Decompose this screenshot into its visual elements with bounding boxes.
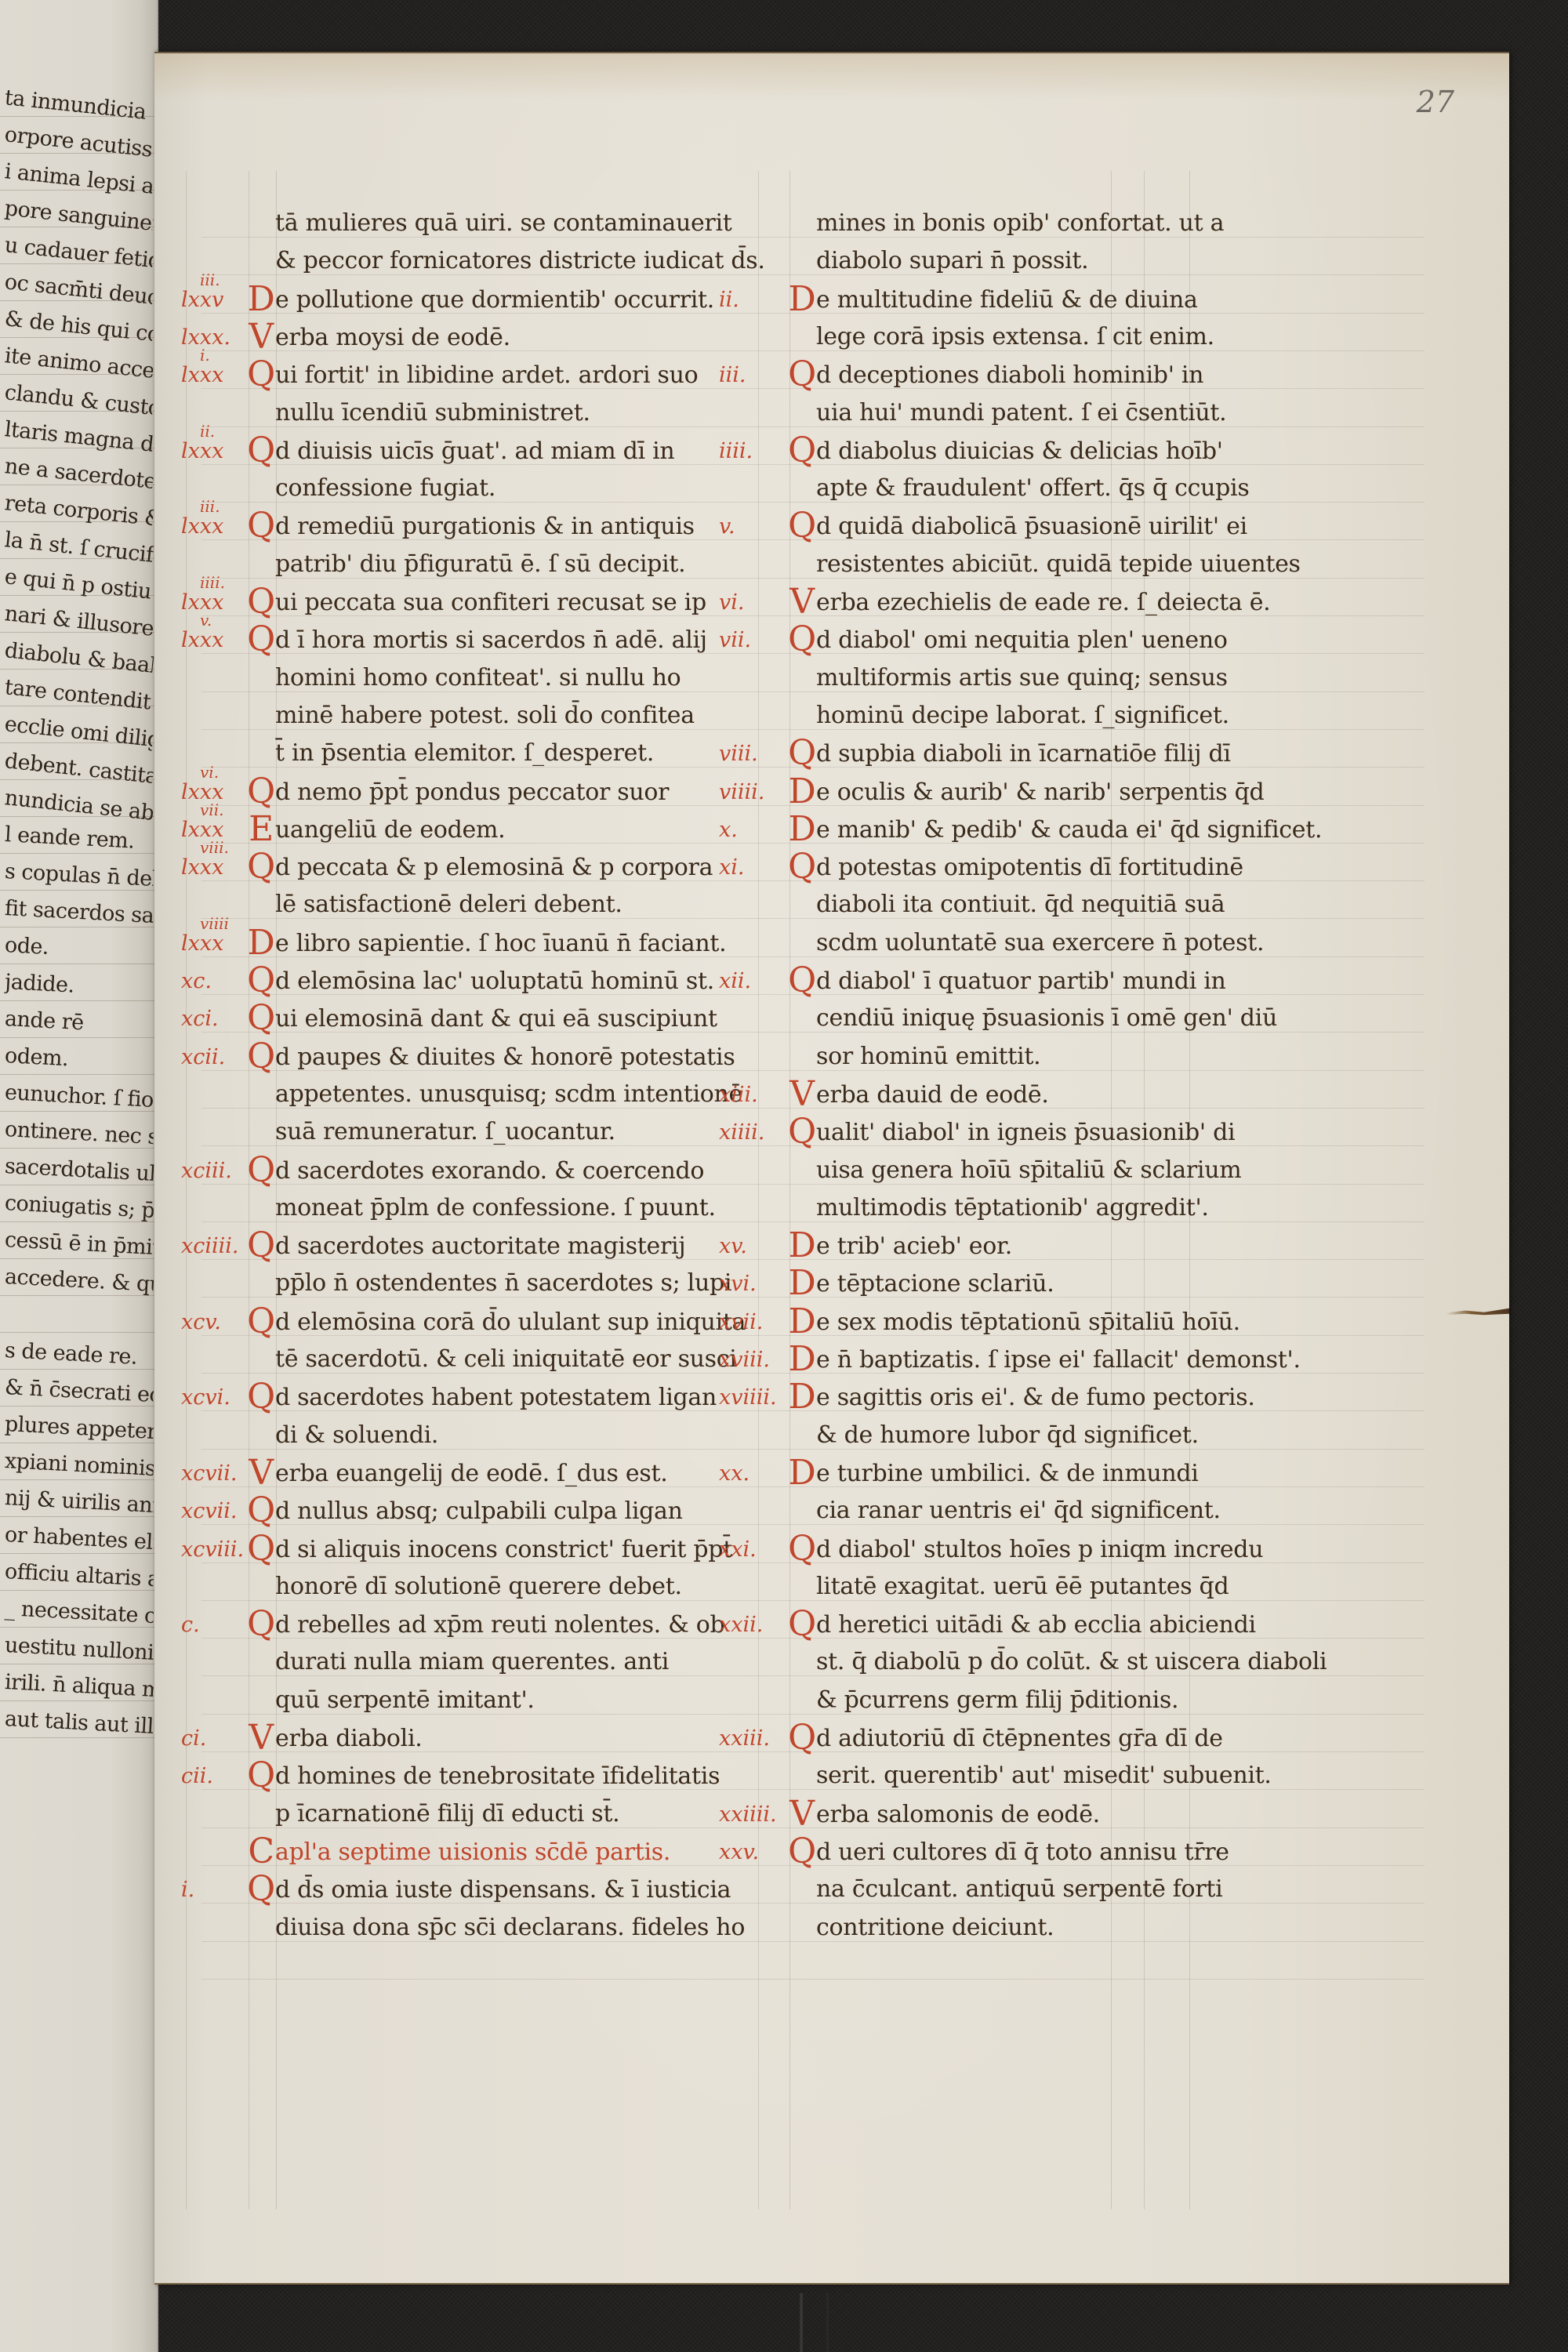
line-text: resistentes abiciūt. quidā tepide uiuent… bbox=[816, 550, 1301, 578]
verso-ruled-line bbox=[0, 1406, 157, 1406]
verso-ruled-line bbox=[0, 1295, 157, 1296]
verso-ruled-line bbox=[0, 742, 157, 743]
rubricated-initial: D bbox=[788, 281, 816, 318]
continuation-line: hominū decipe laborat. ſ_significet. bbox=[788, 698, 1229, 734]
verso-text-line: nij & uirilis animi bbox=[4, 1486, 154, 1518]
line-text: d sacerdotes auctoritate magisterij bbox=[275, 1232, 685, 1260]
rubricated-initial: Q bbox=[247, 1228, 275, 1264]
line-text: tē sacerdotū. & celi iniquitatē eor susc… bbox=[275, 1345, 737, 1373]
rubricated-initial: D bbox=[788, 811, 816, 848]
line-text: d homines de tenebrositate īfidelitatis bbox=[275, 1762, 720, 1790]
line-text: uangeliū de eodem. bbox=[275, 816, 505, 844]
continuation-line: apte & fraudulent' offert. q̄s q̄ ccupis bbox=[788, 470, 1249, 506]
line-text: erba moysi de eodē. bbox=[275, 324, 510, 351]
verso-text-line: ode. bbox=[4, 934, 154, 965]
chapter-heading-line: Qd heretici uitādi & ab ecclia abiciendi bbox=[788, 1606, 1256, 1643]
facing-page-verso: ta inmundicia fordet.orpore acutissimis … bbox=[0, 0, 158, 2352]
chapter-heading-line: Qd peccata & p elemosinā & p corpora bbox=[247, 849, 713, 886]
verso-ruled-line bbox=[0, 779, 157, 780]
rubricated-initial: Q bbox=[247, 508, 275, 544]
line-text: d paupes & diuites & honorē potestatis bbox=[275, 1044, 735, 1071]
rubricated-initial: D bbox=[788, 774, 816, 810]
chapter-number-right: xvi. bbox=[719, 1272, 757, 1296]
verso-text-line: coniugatis s; p̄tra d bbox=[4, 1192, 154, 1223]
chapter-heading-line: De libro sapientie. ſ hoc īuanū n̄ facia… bbox=[247, 925, 726, 962]
line-text: d si aliquis inocens constrict' fuerit p… bbox=[275, 1536, 732, 1563]
rubricated-initial: D bbox=[788, 1228, 816, 1264]
rubricated-initial: Q bbox=[788, 622, 816, 658]
line-text: d diuisis uicīs ḡuat'. ad miam dī in bbox=[275, 437, 674, 465]
verso-text-line: nundicia se abstinere. bbox=[3, 786, 154, 826]
verso-text-line: diabolu & baal imitant bbox=[3, 639, 154, 678]
verso-ruled-line bbox=[0, 411, 157, 412]
cloth-fold bbox=[800, 2293, 829, 2352]
line-text: erba diaboli. bbox=[275, 1725, 423, 1752]
line-text: d ueri cultores dī q̄ toto annisu tr̄re bbox=[816, 1838, 1229, 1866]
chapter-heading-line: Qualit' diabol' in igneis p̄suasionib' d… bbox=[788, 1114, 1235, 1151]
rubricated-initial: Q bbox=[247, 1304, 275, 1340]
line-text: sor hominū emittit. bbox=[816, 1043, 1040, 1070]
continuation-line: diuisa dona sp̄c sc̄i declarans. fideles… bbox=[247, 1910, 745, 1946]
chapter-number-right: viiii. bbox=[719, 780, 764, 804]
line-text: & de humore lubor q̄d significet. bbox=[816, 1421, 1199, 1449]
verso-text-line bbox=[5, 1302, 154, 1310]
continuation-line: nullu īcendiū subministret. bbox=[247, 395, 590, 431]
verso-ruled-line bbox=[0, 1443, 157, 1443]
continuation-line: contritione deiciunt. bbox=[788, 1910, 1054, 1946]
line-text: & peccor fornicatores districte iudicat … bbox=[275, 247, 765, 274]
verso-text-line: & n̄ c̄secrati ecclia n̄ sol bbox=[4, 1376, 154, 1407]
line-text: pp̄lo n̄ ostendentes n̄ sacerdotes s; lu… bbox=[275, 1269, 731, 1297]
verso-ruled-line bbox=[0, 153, 157, 154]
rubricated-initial: E bbox=[247, 811, 275, 848]
rubricated-initial: V bbox=[788, 1076, 816, 1112]
verso-text-line: tare contendit quasi bbox=[3, 676, 154, 715]
continuation-line: tē sacerdotū. & celi iniquitatē eor susc… bbox=[247, 1341, 737, 1377]
line-text: diabolo supari n̄ possit. bbox=[816, 247, 1088, 274]
line-text: d rebelles ad xp̄m reuti nolentes. & ob bbox=[275, 1611, 724, 1639]
chapter-number-superscript: iii. bbox=[200, 497, 220, 516]
continuation-line: patrib' diu p̄figuratū ē. ſ sū decipit. bbox=[247, 546, 685, 583]
line-text: d quidā diabolicā p̄suasionē uirilit' ei bbox=[816, 513, 1247, 540]
verso-text-line: sacerdotalis ulla o bbox=[4, 1155, 154, 1186]
line-text: st. q̄ diabolū p d̄o colūt. & st uiscera… bbox=[816, 1648, 1327, 1675]
verso-ruled-line bbox=[0, 1185, 157, 1185]
verso-ruled-line bbox=[0, 816, 157, 817]
chapter-number-right: xii. bbox=[719, 969, 751, 993]
verso-ruled-line bbox=[0, 1590, 157, 1591]
verso-ruled-line bbox=[0, 632, 157, 633]
line-text: ualit' diabol' in igneis p̄suasionib' di bbox=[816, 1119, 1235, 1146]
verso-text-line: clandu & custodiendu ē. bbox=[3, 381, 154, 420]
chapter-number-left: lxxx bbox=[181, 855, 223, 880]
line-text: confessione fugiat. bbox=[275, 474, 495, 502]
chapter-number-left: xcii. bbox=[181, 1045, 225, 1069]
verso-ruled-line bbox=[0, 1074, 157, 1075]
chapter-heading-line: De n̄ baptizatis. ſ ipse ei' fallacit' d… bbox=[788, 1341, 1301, 1378]
chapter-number-right: xvii. bbox=[719, 1310, 763, 1334]
chapter-heading-line: Qd supbia diaboli in īcarnatiōe filij dī bbox=[788, 735, 1231, 772]
rubricated-initial: D bbox=[788, 1304, 816, 1340]
verso-ruled-line bbox=[0, 1221, 157, 1222]
continuation-line: multimodis tēptationib' aggredit'. bbox=[788, 1190, 1209, 1226]
line-text: e tēptacione sclariū. bbox=[816, 1270, 1054, 1298]
line-text: d deceptiones diaboli hominib' in bbox=[816, 361, 1203, 389]
verso-text-line: pore sanguinei. & i anima bbox=[3, 197, 154, 236]
continuation-line: t̄ in p̄sentia elemitor. ſ_desperet. bbox=[247, 735, 654, 771]
chapter-number-left: cii. bbox=[181, 1764, 213, 1788]
line-text: cendiū iniquę p̄suasionis ī omē gen' diū bbox=[816, 1004, 1277, 1032]
continuation-line: lē satisfactionē deleri debent. bbox=[247, 887, 622, 923]
verso-text-line: ontinere. nec sacerdo bbox=[4, 1118, 154, 1149]
verso-text-line: orpore acutissimis spine bbox=[3, 123, 154, 162]
verso-text-line: i anima lepsi apparent. bbox=[3, 160, 154, 199]
line-text: d remediū purgationis & in antiquis bbox=[275, 513, 695, 540]
continuation-line: st. q̄ diabolū p d̄o colūt. & st uiscera… bbox=[788, 1644, 1327, 1680]
verso-ruled-line bbox=[0, 374, 157, 375]
line-text: d diabolus diuicias & delicias hoīb' bbox=[816, 437, 1223, 465]
continuation-line: & p̄currens germ filij p̄ditionis. bbox=[788, 1682, 1178, 1719]
verso-ruled-line bbox=[0, 1516, 157, 1517]
chapter-heading-line: De oculis & aurib' & narib' serpentis q̄… bbox=[788, 774, 1264, 811]
line-text: na c̄culcant. antiquū serpentē forti bbox=[816, 1875, 1222, 1903]
continuation-line: & de humore lubor q̄d significet. bbox=[788, 1417, 1199, 1454]
continuation-line: di & soluendi. bbox=[247, 1417, 438, 1454]
line-text: hominū decipe laborat. ſ_significet. bbox=[816, 702, 1229, 729]
line-text: erba ezechielis de eade re. ſ_deiecta ē. bbox=[816, 589, 1270, 616]
rubricated-initial: Q bbox=[247, 1039, 275, 1075]
continuation-line: uia hui' mundi patent. ſ ei c̄sentiūt. bbox=[788, 395, 1226, 431]
rubricated-initial: D bbox=[247, 281, 275, 318]
continuation-line: cendiū iniquę p̄suasionis ī omē gen' diū bbox=[788, 1000, 1277, 1036]
line-text: d supbia diaboli in īcarnatiōe filij dī bbox=[816, 740, 1231, 768]
chapter-number-left: lxxv bbox=[181, 288, 223, 312]
line-text: d nullus absq; culpabili culpa ligan bbox=[275, 1497, 683, 1525]
verso-text-line: xpiani nominis sacer bbox=[4, 1450, 154, 1481]
chapter-number-superscript: v. bbox=[200, 611, 212, 630]
verso-ruled-line bbox=[0, 521, 157, 522]
chapter-number-right: xiii. bbox=[719, 1083, 758, 1107]
rubricated-initial: V bbox=[247, 319, 275, 355]
verso-ruled-line bbox=[0, 1369, 157, 1370]
chapter-number-left: xci. bbox=[181, 1007, 219, 1031]
continuation-line: confessione fugiat. bbox=[247, 470, 495, 506]
line-text: d potestas omipotentis dī fortitudinē bbox=[816, 854, 1243, 881]
line-text: d diabol' stultos hoīes p iniqm incredu bbox=[816, 1536, 1263, 1563]
verso-text-line: cessū ē in p̄mitiua ec bbox=[4, 1229, 154, 1260]
verso-ruled-line bbox=[0, 1700, 157, 1701]
rubricated-initial: Q bbox=[247, 1000, 275, 1036]
continuation-line: honorē dī solutionē querere debet. bbox=[247, 1569, 682, 1605]
chapter-heading-line: Qd ī hora mortis si sacerdos n̄ adē. ali… bbox=[247, 622, 707, 659]
verso-text-line: s de eade re. bbox=[4, 1339, 154, 1370]
rubricated-initial: V bbox=[247, 1455, 275, 1491]
chapter-heading-line: Qd d̄s omia iuste dispensans. & ī iustic… bbox=[247, 1871, 731, 1908]
manuscript-page-recto: 27 tā mulieres quā uiri. se contaminauer… bbox=[154, 52, 1509, 2285]
verso-ruled-line bbox=[0, 300, 157, 301]
line-text: e multitudine fideliū & de diuina bbox=[816, 286, 1198, 314]
line-text: e sex modis tēptationū sp̄italiū hoīū. bbox=[816, 1308, 1240, 1336]
chapter-number-superscript: vii. bbox=[200, 800, 223, 819]
folio-number: 27 bbox=[1417, 85, 1454, 119]
rubricated-initial: Q bbox=[788, 1606, 816, 1642]
line-text: lege corā ipsis extensa. ſ cit enim. bbox=[816, 323, 1214, 350]
rubricated-initial: Q bbox=[247, 1871, 275, 1907]
chapter-number-right: xiiii. bbox=[719, 1120, 764, 1145]
verso-text-line: or habentes eligendi st. bbox=[4, 1523, 154, 1555]
rubricated-initial: Q bbox=[247, 849, 275, 885]
rubricated-initial: Q bbox=[247, 774, 275, 810]
chapter-number-superscript: viiii bbox=[200, 914, 229, 933]
line-text: d diabol' omi nequitia plen' ueneno bbox=[816, 626, 1228, 654]
verso-ruled-line bbox=[0, 1627, 157, 1628]
verso-text-line: uestitu nulloni iduat. bbox=[4, 1634, 154, 1665]
verso-ruled-line bbox=[0, 1479, 157, 1480]
verso-text-line: ite animo accedit. bbox=[3, 344, 154, 383]
rubricated-initial: Q bbox=[247, 433, 275, 469]
chapter-number-superscript: i. bbox=[200, 346, 210, 365]
continuation-line: & peccor fornicatores districte iudicat … bbox=[247, 243, 765, 279]
line-text: erba dauid de eodē. bbox=[816, 1081, 1049, 1109]
rubricated-initial: Q bbox=[788, 849, 816, 885]
chapter-number-left: lxxx bbox=[181, 514, 223, 539]
chapter-number-right: xv. bbox=[719, 1234, 747, 1258]
line-text: uia hui' mundi patent. ſ ei c̄sentiūt. bbox=[816, 399, 1226, 426]
chapter-heading-line: Qd elemōsina corā d̄o ululant sup iniqui… bbox=[247, 1304, 746, 1341]
line-text: erba salomonis de eodē. bbox=[816, 1801, 1100, 1828]
line-text: uisa genera hoīū sp̄italiū & sclarium bbox=[816, 1156, 1241, 1184]
ruled-line bbox=[201, 1979, 1425, 1980]
verso-text-line: ne a sacerdote & a ipso bbox=[3, 455, 154, 494]
continuation-line: sor hominū emittit. bbox=[788, 1039, 1040, 1075]
chapter-heading-line: Qd diabolus diuicias & delicias hoīb' bbox=[788, 433, 1223, 470]
rubricated-initial: D bbox=[788, 1341, 816, 1377]
verso-text-line: fit sacerdos sacerdoti. bbox=[4, 897, 154, 928]
line-text: d peccata & p elemosinā & p corpora bbox=[275, 854, 713, 881]
verso-ruled-line bbox=[0, 853, 157, 854]
line-text: e pollutione que dormientib' occurrit. bbox=[275, 286, 714, 314]
continuation-line: na c̄culcant. antiquū serpentē forti bbox=[788, 1871, 1222, 1907]
chapter-heading-line: Qd remediū purgationis & in antiquis bbox=[247, 508, 695, 545]
line-text: & p̄currens germ filij p̄ditionis. bbox=[816, 1686, 1178, 1714]
verso-text-line: _ necessitate coacti. bbox=[4, 1597, 154, 1628]
verso-ruled-line bbox=[0, 595, 157, 596]
rubricated-initial: Q bbox=[247, 1152, 275, 1189]
chapter-heading-line: Qd diabol' omi nequitia plen' ueneno bbox=[788, 622, 1228, 659]
chapter-number-right: iii. bbox=[719, 363, 746, 387]
rubricated-initial: Q bbox=[247, 1758, 275, 1794]
line-text: litatē exagitat. uerū ēē putantes q̄d bbox=[816, 1573, 1229, 1600]
chapter-heading-line: Euangeliū de eodem. bbox=[247, 811, 505, 848]
rubricated-initial: Q bbox=[247, 1379, 275, 1415]
rubricated-initial: Q bbox=[247, 1493, 275, 1529]
continuation-line: mines in bonis opib' confortat. ut a bbox=[788, 205, 1224, 241]
verso-ruled-line bbox=[0, 1332, 157, 1333]
verso-text-line: la n̄ st. ſ crucifixores. bbox=[3, 528, 154, 568]
line-text: e libro sapientie. ſ hoc īuanū n̄ facian… bbox=[275, 930, 726, 957]
line-text: t̄ in p̄sentia elemitor. ſ_desperet. bbox=[275, 739, 654, 767]
chapter-number-left: xcvi. bbox=[181, 1385, 230, 1410]
chapter-heading-line: Verba diaboli. bbox=[247, 1720, 423, 1757]
line-text: appetentes. unusquisq; scdm intentionē bbox=[275, 1080, 742, 1108]
line-text: nullu īcendiū subministret. bbox=[275, 399, 590, 426]
verso-ruled-line bbox=[0, 263, 157, 264]
verso-ruled-line bbox=[0, 1553, 157, 1554]
chapter-number-superscript: viii. bbox=[200, 838, 229, 857]
chapter-heading-line: De trib' acieb' eor. bbox=[788, 1228, 1012, 1265]
rubricated-initial: D bbox=[247, 925, 275, 961]
rubricated-initial: Q bbox=[788, 1720, 816, 1756]
rubricated-initial: Q bbox=[788, 963, 816, 999]
chapter-heading-line: Qui fortit' in libidine ardet. ardori su… bbox=[247, 357, 698, 394]
rubricated-initial: Q bbox=[247, 584, 275, 620]
line-text: honorē dī solutionē querere debet. bbox=[275, 1573, 682, 1600]
line-text: di & soluendi. bbox=[275, 1421, 438, 1449]
chapter-heading-line: De sex modis tēptationū sp̄italiū hoīū. bbox=[788, 1304, 1240, 1341]
line-text: d diabol' ī quatuor partib' mundi in bbox=[816, 967, 1226, 995]
chapter-heading-line: De turbine umbilici. & de inmundi bbox=[788, 1455, 1199, 1492]
line-text: apte & fraudulent' offert. q̄s q̄ ccupis bbox=[816, 474, 1249, 502]
verso-text-line: plures appetere n̄ plura bbox=[4, 1413, 154, 1444]
continuation-line: diaboli ita contiuit. q̄d nequitiā suā bbox=[788, 887, 1225, 923]
line-text: suā remuneratur. ſ_uocantur. bbox=[275, 1118, 615, 1145]
chapter-heading-line: Qd sacerdotes exorando. & coercendo bbox=[247, 1152, 704, 1189]
verso-ruled-line bbox=[0, 337, 157, 338]
chapter-number-left: xc. bbox=[181, 969, 212, 993]
chapter-number-right: vii. bbox=[719, 628, 751, 652]
verso-text-line: ecclie omi diligentia & bbox=[3, 713, 154, 752]
verso-text-line: irili. n̄ aliqua magna bbox=[4, 1671, 154, 1702]
chapter-number-left: lxxx bbox=[181, 931, 223, 956]
chapter-heading-line: Qd diabol' stultos hoīes p iniqm incredu bbox=[788, 1531, 1263, 1568]
line-text: d elemōsina lac' uoluptatū hominū st. bbox=[275, 967, 714, 995]
chapter-heading-line: Qui elemosinā dant & qui eā suscipiunt bbox=[247, 1000, 717, 1037]
verso-ruled-line bbox=[0, 1664, 157, 1664]
rubricated-initial: D bbox=[788, 1455, 816, 1491]
continuation-line: appetentes. unusquisq; scdm intentionē bbox=[247, 1076, 742, 1112]
rubricated-initial: D bbox=[788, 1265, 816, 1301]
line-text: d adiutoriū dī c̄tēpnentes gr̄a dī de bbox=[816, 1725, 1223, 1752]
continuation-line: tā mulieres quā uiri. se contaminauerit bbox=[247, 205, 732, 241]
chapter-heading-line: Qd diabol' ī quatuor partib' mundi in bbox=[788, 963, 1226, 1000]
chapter-number-right: xxiii. bbox=[719, 1726, 770, 1751]
continuation-line: minē habere potest. soli d̄o confitea bbox=[247, 698, 695, 734]
page-edge-tear bbox=[1446, 1306, 1509, 1317]
line-text: tā mulieres quā uiri. se contaminauerit bbox=[275, 209, 732, 237]
verso-ruled-line bbox=[0, 1111, 157, 1112]
line-text: d d̄s omia iuste dispensans. & ī iustici… bbox=[275, 1876, 731, 1904]
line-text: serit. querentib' aut' misedit' subuenit… bbox=[816, 1762, 1272, 1789]
chapter-heading-line: Verba moysi de eodē. bbox=[247, 319, 510, 356]
line-text: moneat p̄plm de confessione. ſ puunt. bbox=[275, 1194, 716, 1221]
rubricated-initial: Q bbox=[788, 1531, 816, 1567]
chapter-heading-line: Qd sacerdotes habent potestatem ligan bbox=[247, 1379, 717, 1416]
verso-text-line: e qui n̄ p ostiu s; p deuia bbox=[3, 565, 154, 604]
verso-ruled-line bbox=[0, 706, 157, 706]
chapter-heading-line: Verba salomonis de eodē. bbox=[788, 1796, 1100, 1833]
rubricated-initial: Q bbox=[788, 1114, 816, 1150]
chapter-heading-line: Qd potestas omipotentis dī fortitudinē bbox=[788, 849, 1243, 886]
chapter-heading-line: Verba euangelij de eodē. ſ_dus est. bbox=[247, 1455, 667, 1492]
verso-text-line: reta corporis & sanguinis bbox=[3, 492, 154, 531]
verso-ruled-line bbox=[0, 1737, 157, 1738]
chapter-heading-line: Qd quidā diabolicā p̄suasionē uirilit' e… bbox=[788, 508, 1247, 545]
chapter-heading-line: Qd homines de tenebrositate īfidelitatis bbox=[247, 1758, 720, 1795]
chapter-number-right: xi. bbox=[719, 855, 744, 880]
rubricated-initial: Q bbox=[247, 622, 275, 658]
rubricated-initial: D bbox=[788, 1379, 816, 1415]
chapter-number-left: xciiii. bbox=[181, 1234, 238, 1258]
continuation-line: scdm uoluntatē sua exercere n̄ potest. bbox=[788, 925, 1264, 961]
chapter-heading-line: Qd nullus absq; culpabili culpa ligan bbox=[247, 1493, 683, 1530]
continuation-line: litatē exagitat. uerū ēē putantes q̄d bbox=[788, 1569, 1229, 1605]
chapter-number-left: i. bbox=[181, 1878, 194, 1902]
verso-ruled-line bbox=[0, 190, 157, 191]
verso-text-line: jadide. bbox=[4, 971, 154, 1002]
line-text: e turbine umbilici. & de inmundi bbox=[816, 1460, 1199, 1487]
verso-ruled-line bbox=[0, 927, 157, 927]
ruled-margin bbox=[186, 171, 187, 2209]
verso-text-line: ta inmundicia fordet. bbox=[3, 86, 154, 125]
line-text: d elemōsina corā d̄o ululant sup iniquit… bbox=[275, 1308, 746, 1336]
rubricated-initial: Q bbox=[788, 735, 816, 771]
chapter-number-right: xxi. bbox=[719, 1537, 757, 1562]
continuation-line: durati nulla miam querentes. anti bbox=[247, 1644, 669, 1680]
line-text: ui peccata sua confiteri recusat se ip bbox=[275, 589, 706, 616]
chapter-number-right: xxiiii. bbox=[719, 1802, 777, 1827]
continuation-line: cia ranar uentris ei' q̄d significent. bbox=[788, 1493, 1221, 1529]
chapter-number-right: iiii. bbox=[719, 439, 753, 463]
line-text: e sagittis oris ei'. & de fumo pectoris. bbox=[816, 1384, 1255, 1411]
line-text: homini homo confiteat'. si nullu ho bbox=[275, 664, 681, 691]
verso-text-line: nari & illusores & ipo bbox=[3, 602, 154, 641]
chapter-number-left: ci. bbox=[181, 1726, 206, 1751]
chapter-heading-line: Qd ueri cultores dī q̄ toto annisu tr̄re bbox=[788, 1834, 1229, 1871]
rubricated-initial: V bbox=[788, 584, 816, 620]
verso-text-line: s copulas n̄ debet habere bbox=[4, 860, 154, 891]
chapter-number-superscript: iii. bbox=[200, 270, 220, 289]
chapter-number-superscript: vi. bbox=[200, 763, 219, 782]
rubricated-initial: V bbox=[247, 1720, 275, 1756]
verso-text-line: & de his qui contrito cor bbox=[3, 307, 154, 347]
chapter-number-left: xciii. bbox=[181, 1159, 232, 1183]
rubricated-initial: Q bbox=[247, 1606, 275, 1642]
chapter-heading-line: Verba ezechielis de eade re. ſ_deiecta ē… bbox=[788, 584, 1270, 621]
chapter-number-superscript: iiii. bbox=[200, 573, 225, 592]
verso-ruled-line bbox=[0, 448, 157, 448]
rubricated-initial: Q bbox=[788, 1834, 816, 1870]
verso-ruled-line bbox=[0, 890, 157, 891]
chapter-number-right: xxii. bbox=[719, 1613, 763, 1637]
chapter-heading-line: De sagittis oris ei'. & de fumo pectoris… bbox=[788, 1379, 1255, 1416]
chapter-number-left: xcviii. bbox=[181, 1537, 244, 1562]
verso-text-line: eunuchor. ſ fiom bbox=[4, 1081, 154, 1112]
line-text: mines in bonis opib' confortat. ut a bbox=[816, 209, 1224, 237]
chapter-heading-line: De tēptacione sclariū. bbox=[788, 1265, 1054, 1302]
verso-text-line: oc sacm̄ti deuota m̄te bbox=[3, 270, 154, 310]
verso-text-line: ande rē bbox=[4, 1007, 154, 1039]
chapter-heading-line: De manib' & pedib' & cauda ei' q̄d signi… bbox=[788, 811, 1322, 848]
rubricated-initial: V bbox=[788, 1796, 816, 1832]
verso-ruled-line bbox=[0, 116, 157, 117]
line-text: patrib' diu p̄figuratū ē. ſ sū decipit. bbox=[275, 550, 685, 578]
line-text: multimodis tēptationib' aggredit'. bbox=[816, 1194, 1209, 1221]
continuation-line: homini homo confiteat'. si nullu ho bbox=[247, 660, 681, 696]
chapter-number-left: xcv. bbox=[181, 1310, 221, 1334]
verso-ruled-line bbox=[0, 964, 157, 964]
chapter-number-right: xx. bbox=[719, 1461, 750, 1486]
chapter-number-right: ii. bbox=[719, 288, 739, 312]
